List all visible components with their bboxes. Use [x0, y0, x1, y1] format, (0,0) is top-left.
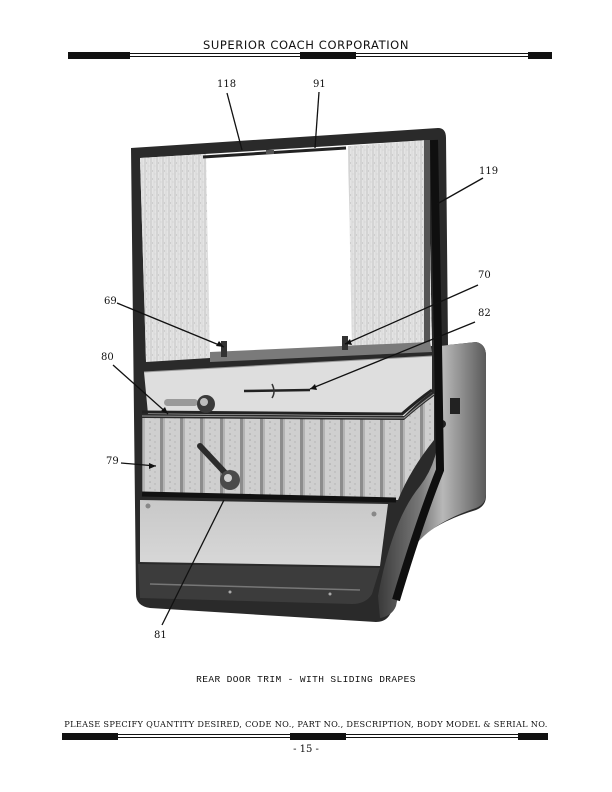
callout-82: 82 [478, 308, 491, 319]
callout-119: 119 [479, 166, 498, 177]
callout-91: 91 [313, 79, 326, 90]
footer-rule [62, 733, 548, 740]
callout-70: 70 [478, 270, 491, 281]
callout-81: 81 [154, 630, 167, 641]
callout-118: 118 [217, 79, 236, 90]
figure-caption: REAR DOOR TRIM - WITH SLIDING DRAPES [0, 674, 612, 685]
page-number: - 15 - [0, 744, 612, 755]
callout-69: 69 [104, 296, 117, 307]
callout-80: 80 [101, 352, 114, 363]
callout-79: 79 [106, 456, 119, 467]
ordering-instructions: PLEASE SPECIFY QUANTITY DESIRED, CODE NO… [0, 719, 612, 729]
